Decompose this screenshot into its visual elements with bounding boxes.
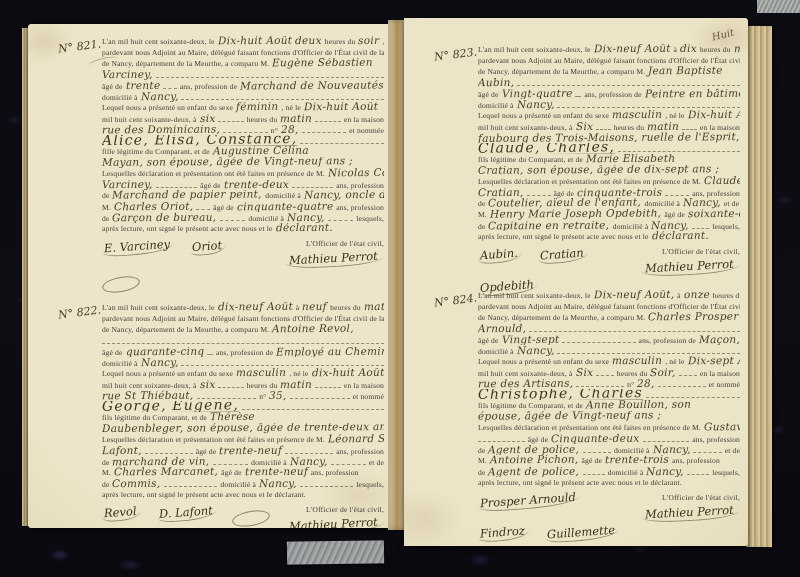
dotted-fill-line <box>213 456 248 465</box>
record-line: M.Antoine Pichon,âgé detrente-troisans, … <box>478 455 740 466</box>
printed-text: de <box>102 457 109 467</box>
handwritten-text: Nancy, <box>683 198 721 209</box>
record-text: L'an mil huit cent soixante-deux, leDix-… <box>102 36 384 234</box>
dotted-fill-line <box>679 367 697 376</box>
record-line: fils légitime du Comparant, et deAnne Bo… <box>478 400 740 411</box>
dotted-fill-line <box>181 91 384 100</box>
record-line: Cratian,âgé decinquante-troisans, profes… <box>478 187 740 198</box>
printed-text: domicilié à <box>478 100 514 110</box>
record-line <box>102 335 384 346</box>
officer-signature: Mathieu Perrot <box>285 514 384 528</box>
handwritten-text: déclarant. <box>276 223 333 234</box>
record-line: pardevant nous Adjoint au Maire, délégué… <box>478 301 740 312</box>
record-line: mil huit cent soixante-deux, àSixheures … <box>478 367 740 378</box>
printed-text: ans, profession <box>692 188 740 198</box>
record-line: après lecture, ont signé le présent acte… <box>478 231 740 242</box>
printed-text: pardevant nous Adjoint au Maire, délégué… <box>478 301 740 312</box>
printed-text: ans, profession <box>692 434 740 444</box>
dotted-fill-line <box>596 121 611 130</box>
printed-text: ans, profession <box>336 446 384 456</box>
handwritten-text: Cinquante-deux <box>551 434 640 444</box>
printed-text: Lesquelles déclaration et présentation o… <box>102 434 325 445</box>
record-line: deCoutelier, aïeul de l'enfant,domicilié… <box>478 198 740 209</box>
handwritten-text: Nancy, <box>287 213 325 223</box>
officer-block: L'Officier de l'état civil,Mathieu Perro… <box>641 493 740 521</box>
handwritten-text: Henry Marie Joseph Opdebith, <box>490 209 661 220</box>
record-line: de Nancy, département de la Meurthe, a c… <box>102 324 384 335</box>
printed-text: domicilié à <box>478 346 514 356</box>
dotted-fill-line <box>300 135 384 144</box>
handwritten-text: Maçon, <box>699 335 740 345</box>
printed-text: de Nancy, département de la Meurthe, a c… <box>478 312 645 323</box>
signature: Prosper Arnould <box>478 489 581 512</box>
record-line: deAgent de police,domicilié àNancy,et de <box>478 444 740 455</box>
dotted-fill-line <box>665 187 689 196</box>
handwritten-text: six <box>200 380 216 390</box>
printed-text: âgé de <box>213 202 234 212</box>
printed-text: domicilié à <box>102 92 138 102</box>
printed-text: ans, profession de <box>216 347 273 357</box>
record-line: Daubenbleger, son épouse, âgée de trente… <box>102 423 384 434</box>
handwritten-text: Léonard Sébastien <box>328 434 384 445</box>
printed-text: de <box>102 213 109 223</box>
handwritten-text: trente-neuf <box>245 467 308 478</box>
handwritten-text: Antoine Pichon, <box>490 455 579 466</box>
handwritten-text: Charles Prosper <box>648 312 739 323</box>
handwritten-text: Varciney, <box>102 180 153 190</box>
record-number: N° 824. <box>433 291 477 309</box>
handwritten-text: masculin <box>236 368 286 379</box>
printed-text: ans, profession <box>672 455 720 466</box>
printed-text: heures du <box>617 368 648 378</box>
handwritten-text: trente-deux <box>224 180 289 190</box>
handwritten-text: matin <box>647 122 679 132</box>
record-line: domicilié àNancy, <box>102 357 384 368</box>
record-line: mil huit cent soixante-deux, àsixheures … <box>102 113 384 124</box>
handwritten-text: rue St Thiébaut, <box>102 391 194 401</box>
printed-text: en la maison <box>344 114 384 124</box>
dotted-fill-line <box>197 390 257 399</box>
handwritten-text: Employé au Chemin de fer <box>276 346 384 357</box>
handwritten-text: matin <box>280 380 312 390</box>
handwritten-text: trente-trois <box>605 455 669 466</box>
record-line: âgé detrenteans, profession deMarchand d… <box>102 80 384 91</box>
record-line: demarchand de vin,domicilié àNancy,et de <box>102 456 384 467</box>
handwritten-text: Agent de police, <box>488 467 579 477</box>
right-page: Huit N° 823.L'an mil huit cent soixante-… <box>404 18 748 546</box>
record-line: de Nancy, département de la Meurthe, a c… <box>478 66 740 77</box>
record-line: deGarçon de bureau,domicilié àNancy,lesq… <box>102 212 384 223</box>
dotted-fill-line <box>557 99 740 108</box>
dotted-fill-line <box>643 433 690 442</box>
handwritten-text: Nancy, <box>290 457 328 467</box>
dotted-fill-line <box>300 478 354 487</box>
handwritten-text: Dix-neuf Août, <box>594 290 675 301</box>
officer-signature: Mathieu Perrot <box>641 256 740 277</box>
printed-text: à <box>673 44 677 55</box>
dotted-fill-line <box>145 445 193 454</box>
handwritten-text: Eugène Sébastien <box>272 58 373 69</box>
printed-text: heures du <box>247 114 278 124</box>
printed-text: de Nancy, département de la Meurthe, a c… <box>478 66 645 77</box>
handwritten-text: Nancy, <box>141 358 179 368</box>
record-line: L'an mil huit cent soixante-deux, leDix-… <box>102 36 384 47</box>
handwritten-text: déclarant. <box>652 231 709 242</box>
dotted-fill-line <box>658 378 706 387</box>
handwritten-text: Augustine Célina <box>213 146 309 157</box>
handwritten-text: soir <box>358 36 379 47</box>
dotted-fill-line <box>315 113 340 122</box>
printed-text: M. <box>102 467 111 478</box>
officer-block: L'Officier de l'état civil,Mathieu Perro… <box>285 239 384 267</box>
dotted-fill-line <box>331 456 366 465</box>
printed-text: mil huit cent soixante-deux, à <box>478 122 573 132</box>
dotted-fill-line <box>478 433 525 442</box>
printed-text: , <box>383 36 384 47</box>
printed-text: domicilié à <box>613 221 649 231</box>
record-line: domicilié àNancy, <box>102 91 384 102</box>
dotted-fill-line <box>290 390 350 399</box>
printed-text: ans, profession <box>336 202 384 212</box>
record-line: Lesquelles déclaration et présentation o… <box>102 434 384 445</box>
dotted-fill-line <box>315 379 340 388</box>
dotted-fill-line <box>220 212 246 221</box>
handwritten-text: Thérèse <box>210 412 255 423</box>
printed-text: n° <box>259 391 266 401</box>
printed-text: de Nancy, département de la Meurthe, a c… <box>102 324 269 335</box>
record-text: L'an mil huit cent soixante-deux, ledix-… <box>102 302 384 500</box>
record-line: deCommis,domicilié àNancy,lesquels, <box>102 478 384 489</box>
handwritten-text: Nancy, <box>646 467 684 477</box>
record-line: après lecture, ont signé le présent acte… <box>102 489 384 500</box>
record-line: domicilié àNancy, <box>478 99 740 110</box>
dotted-fill-line <box>285 445 333 454</box>
dotted-fill-line <box>102 335 384 344</box>
printed-text: ans, profession de <box>584 89 641 99</box>
handwritten-text: Jean Baptiste <box>648 66 723 77</box>
printed-text: fils légitime du Comparant, et de <box>478 400 583 411</box>
printed-text: à <box>677 290 681 301</box>
record-line: Mayan, son épouse, âgée de Vingt-neuf an… <box>102 157 384 168</box>
dotted-fill-line <box>156 69 384 78</box>
handwritten-text: Dix-neuf Août <box>594 44 671 55</box>
printed-text: âgé de <box>664 209 685 220</box>
handwritten-text: cinquante-trois <box>577 188 662 198</box>
printed-text: M. <box>478 455 487 466</box>
handwritten-text: Marchand de papier peint, <box>112 190 262 201</box>
handwritten-text: soixante-dix <box>688 209 740 220</box>
handwritten-text: Varciney, <box>102 70 153 80</box>
handwritten-text: Six <box>576 368 593 378</box>
handwritten-text: Nancy, <box>517 100 555 110</box>
handwritten-text: masculin <box>612 356 662 367</box>
handwritten-text: Mayan, son épouse, âgée de Vingt-neuf an… <box>102 157 353 168</box>
birth-record-821: N° 821.L'an mil huit cent soixante-deux,… <box>28 36 392 292</box>
printed-text: n° <box>271 125 278 135</box>
record-line: L'an mil huit cent soixante-deux, leDix-… <box>478 290 740 301</box>
record-line: âgé dequarante-cinqans, profession deEmp… <box>102 346 384 357</box>
record-line: de Nancy, département de la Meurthe, a c… <box>102 58 384 69</box>
printed-text: mil huit cent soixante-deux, à <box>478 368 573 378</box>
record-line: rue St Thiébaut,n°35,et nommé <box>102 390 384 401</box>
record-line: Varciney, <box>102 69 384 80</box>
handwritten-text: Agent de police, <box>488 445 579 455</box>
dotted-fill-line <box>242 401 384 410</box>
printed-text: heures du <box>700 44 731 55</box>
signature: Revol <box>101 504 141 523</box>
printed-text: L'an mil huit cent soixante-deux, le <box>102 36 215 47</box>
printed-text: Lesquelles déclaration et présentation o… <box>478 176 701 187</box>
handwritten-text: Arnould, <box>478 324 526 334</box>
printed-text: , né le <box>665 356 684 367</box>
record-text: L'an mil huit cent soixante-deux, leDix-… <box>478 290 740 488</box>
printed-text: de <box>478 467 485 477</box>
printed-text: pardevant nous Adjoint au Maire, délégué… <box>102 47 384 58</box>
printed-text: Lesquelles déclaration et présentation o… <box>102 168 325 179</box>
signature: E. Varciney <box>102 237 175 258</box>
handwritten-text: Nancy, <box>651 221 689 231</box>
handwritten-text: six <box>200 114 216 124</box>
record-line: de Nancy, département de la Meurthe, a c… <box>478 312 740 323</box>
record-line: après lecture, ont signé le présent acte… <box>102 223 384 234</box>
handwritten-text: Nancy, <box>141 92 179 102</box>
handwritten-text: Dix-huit Août <box>304 102 378 113</box>
printed-text: L'an mil huit cent soixante-deux, le <box>478 290 591 301</box>
handwritten-text: Dix-sept Août <box>688 356 740 367</box>
officer-block: L'Officier de l'état civil,Mathieu Perro… <box>285 505 384 528</box>
signature-flourish <box>231 508 271 528</box>
dotted-fill-line <box>692 220 709 229</box>
printed-text: fils légitime du Comparant, et de <box>478 154 583 165</box>
handwritten-text: quarante-cinq <box>125 347 203 357</box>
handwritten-text: Six <box>576 122 593 132</box>
printed-text: Lequel nous a présenté un enfant du sexe <box>102 368 233 379</box>
officer-signature: Mathieu Perrot <box>641 502 740 523</box>
record-line: Aubin, <box>478 77 740 88</box>
handwritten-text: Commis, <box>112 479 161 489</box>
printed-text: M. <box>102 202 111 212</box>
handwritten-text: neuf <box>302 302 327 313</box>
handwritten-text: Anne Bouillon, son <box>586 400 691 411</box>
printed-text: âgé de <box>102 347 123 357</box>
printed-text: âgé de <box>528 434 549 444</box>
record-line: Lesquelles déclaration et présentation o… <box>478 176 740 187</box>
dotted-fill-line <box>517 77 740 86</box>
printed-text: lesquels, <box>356 213 384 223</box>
handwritten-text: matin <box>734 44 740 55</box>
dotted-fill-line <box>583 444 611 453</box>
record-line: L'an mil huit cent soixante-deux, leDix-… <box>478 44 740 55</box>
handwritten-text: féminin <box>236 102 278 113</box>
printed-text: en la maison <box>700 122 740 132</box>
printed-text: fils légitime du Comparant, et de <box>102 412 207 423</box>
handwritten-text: Marchand de Nouveautés <box>240 80 384 91</box>
record-number: N° 823. <box>433 45 477 63</box>
printed-text: après lecture, ont signé le présent acte… <box>478 477 682 488</box>
handwritten-text: Garçon de bureau, <box>112 213 216 223</box>
left-page: N° 821.L'an mil huit cent soixante-deux,… <box>28 24 392 528</box>
printed-text: Lequel nous a présenté un enfant du sexe <box>102 102 233 113</box>
printed-text: âgé de <box>200 180 221 190</box>
handwritten-text: Lafont, <box>102 446 142 456</box>
printed-text: en la maison <box>344 380 384 390</box>
signatures-row: E. VarcineyOriotL'Officier de l'état civ… <box>102 239 392 292</box>
signature: Guillemette <box>544 522 619 543</box>
printed-text: heures du <box>325 36 356 47</box>
record-line: M.Charles Oriot,âgé decinquante-quatrean… <box>102 201 384 212</box>
printed-text: domicilié à <box>644 198 680 209</box>
printed-text: domicilié à <box>608 467 644 477</box>
dotted-fill-line <box>181 357 384 366</box>
handwritten-text: Soir, <box>650 368 676 378</box>
birth-record-822: N° 822.L'an mil huit cent soixante-deux,… <box>28 302 392 528</box>
record-number: N° 821. <box>57 37 101 55</box>
handwritten-text: trente <box>125 81 160 91</box>
record-line: Alice, Elisa, Constance, <box>102 135 384 146</box>
record-line: M.Charles Marcanet,âgé detrente-neufans,… <box>102 467 384 478</box>
handwritten-text: dix <box>680 44 697 55</box>
printed-text: ans, profession de <box>639 335 696 345</box>
record-line: Lequel nous a présenté un enfant du sexe… <box>102 368 384 379</box>
officer-label: L'Officier de l'état civil, <box>285 239 384 248</box>
record-number: N° 822. <box>57 303 101 321</box>
record-line: épouse, âgée de Vingt-neuf ans ; <box>478 411 740 422</box>
printed-text: Lesquelles déclaration et présentation o… <box>478 422 701 433</box>
printed-text: M. <box>478 209 487 220</box>
handwritten-text: matin <box>364 302 384 313</box>
printed-text: Lequel nous a présenté un enfant du sexe <box>478 110 609 121</box>
handwritten-text: 28, <box>281 125 299 135</box>
printed-text: L'an mil huit cent soixante-deux, le <box>102 302 215 313</box>
printed-text: domicilié à <box>614 445 650 455</box>
printed-text: après lecture, ont signé le présent acte… <box>102 489 306 500</box>
record-line: deCapitaine en retraite,domicilié àNancy… <box>478 220 740 231</box>
dotted-fill-line <box>163 80 177 89</box>
printed-text: ans, profession <box>336 180 384 190</box>
dotted-fill-line <box>207 346 213 355</box>
printed-text: de <box>102 190 109 201</box>
handwritten-text: Antoine Revol, <box>272 324 354 335</box>
handwritten-text: cinquante-quatre <box>237 202 334 212</box>
fabric-scrap <box>757 0 800 13</box>
record-line: M.Henry Marie Joseph Opdebith,âgé desoix… <box>478 209 740 220</box>
handwritten-text: matin <box>280 114 312 124</box>
printed-text: de <box>102 479 109 489</box>
handwritten-text: onze <box>684 290 710 301</box>
printed-text: après lecture, ont signé le présent acte… <box>478 231 649 242</box>
signatures-row: Aubin.CratianOpdebithL'Officier de l'éta… <box>478 247 748 295</box>
handwritten-text: Coutelier, aïeul de l'enfant, <box>488 198 641 209</box>
signatures-row: RevolD. LafontL'Officier de l'état civil… <box>102 505 392 528</box>
signature-flourish <box>101 274 141 295</box>
record-line: fils légitime du Comparant, et deThérèse <box>102 412 384 423</box>
printed-text: heures du <box>330 302 361 313</box>
printed-text: à <box>296 302 300 313</box>
handwritten-text: Peintre en bâtiments, <box>645 89 740 99</box>
record-line: Lafont,âgé detrente-neufans, profession <box>102 445 384 456</box>
witness-signatures: RevolD. Lafont <box>102 505 270 526</box>
printed-text: fille légitime du Comparant, et de <box>102 146 210 157</box>
handwritten-text: Claude, Charles, <box>478 143 615 154</box>
handwritten-text: dix-huit Août <box>312 368 384 379</box>
printed-text: domicilié à <box>265 190 301 201</box>
handwritten-text: 35, <box>269 391 287 401</box>
right-page-stack-edges <box>746 26 772 547</box>
dotted-fill-line <box>164 478 218 487</box>
dotted-fill-line <box>693 444 721 453</box>
record-line: mil huit cent soixante-deux, àsixheures … <box>102 379 384 390</box>
printed-text: et nommé <box>709 379 740 389</box>
printed-text: et de <box>724 198 739 209</box>
printed-text: , né le <box>665 110 684 121</box>
record-line: Varciney,âgé detrente-deuxans, professio… <box>102 179 384 190</box>
record-line: Christophe, Charles <box>478 389 740 400</box>
officer-label: L'Officier de l'état civil, <box>641 247 740 256</box>
printed-text: âgé de <box>196 446 217 456</box>
birth-record-824: N° 824.L'an mil huit cent soixante-deux,… <box>404 290 748 546</box>
record-line: pardevant nous Adjoint au Maire, délégué… <box>102 47 384 58</box>
printed-text: lesquels, <box>356 479 384 489</box>
handwritten-text: Dix-huit Août <box>218 36 292 47</box>
printed-text: âgé de <box>478 89 499 99</box>
witness-signatures: E. VarcineyOriot <box>102 239 272 292</box>
record-line: Lequel nous a présenté un enfant du sexe… <box>478 356 740 367</box>
record-text: L'an mil huit cent soixante-deux, leDix-… <box>478 44 740 242</box>
birth-record-823: N° 823.L'an mil huit cent soixante-deux,… <box>404 44 748 295</box>
handwritten-text: Vingt-quatre <box>501 89 572 99</box>
record-line: âgé deCinquante-deuxans, profession <box>478 433 740 444</box>
dotted-fill-line <box>682 121 697 130</box>
handwritten-text: Aubin, <box>478 78 514 88</box>
printed-text: pardevant nous Adjoint au Maire, délégué… <box>478 55 740 66</box>
handwritten-text: Vingt-sept <box>501 335 559 345</box>
record-line: Cratian, son épouse, âgée de dix-sept an… <box>478 165 740 176</box>
handwritten-text: rue des Artisans, <box>478 379 573 389</box>
dotted-fill-line <box>583 466 605 475</box>
record-line: pardevant nous Adjoint au Maire, délégué… <box>478 55 740 66</box>
register-book-photo: N° 821.L'an mil huit cent soixante-deux,… <box>0 0 800 577</box>
dotted-fill-line <box>328 212 354 221</box>
record-line: domicilié àNancy, <box>478 345 740 356</box>
printed-text: n° <box>627 379 634 389</box>
dotted-fill-line <box>302 124 347 133</box>
printed-text: domicilié à <box>220 479 256 489</box>
record-line: deMarchand de papier peint,domicilié àNa… <box>102 190 384 201</box>
handwritten-text: Charles Oriot, <box>114 202 194 212</box>
printed-text: mil huit cent soixante-deux, à <box>102 114 197 124</box>
printed-text: et nommé <box>353 391 384 401</box>
dotted-fill-line <box>575 88 581 97</box>
handwritten-text: 28, <box>637 379 655 389</box>
witness-signatures: Aubin.CratianOpdebith <box>478 247 641 295</box>
handwritten-text: masculin <box>612 110 662 121</box>
printed-text: L'an mil huit cent soixante-deux, le <box>478 44 591 55</box>
handwritten-text: Dix-huit Août <box>688 110 740 121</box>
record-line: fille légitime du Comparant, et deAugust… <box>102 146 384 157</box>
signature: Oriot <box>190 238 227 256</box>
record-line: L'an mil huit cent soixante-deux, ledix-… <box>102 302 384 313</box>
printed-text: domicilié à <box>102 358 138 368</box>
signature: Aubin. <box>477 245 522 264</box>
dotted-fill-line <box>576 378 624 387</box>
printed-text: domicilié à <box>248 213 284 223</box>
record-line: George, Eugène, <box>102 401 384 412</box>
printed-text: de Nancy, département de la Meurthe, a c… <box>102 58 269 69</box>
printed-text: de <box>478 445 485 455</box>
dotted-fill-line <box>646 389 740 398</box>
printed-text: , né le <box>289 368 308 379</box>
record-line: Arnould, <box>478 323 740 334</box>
